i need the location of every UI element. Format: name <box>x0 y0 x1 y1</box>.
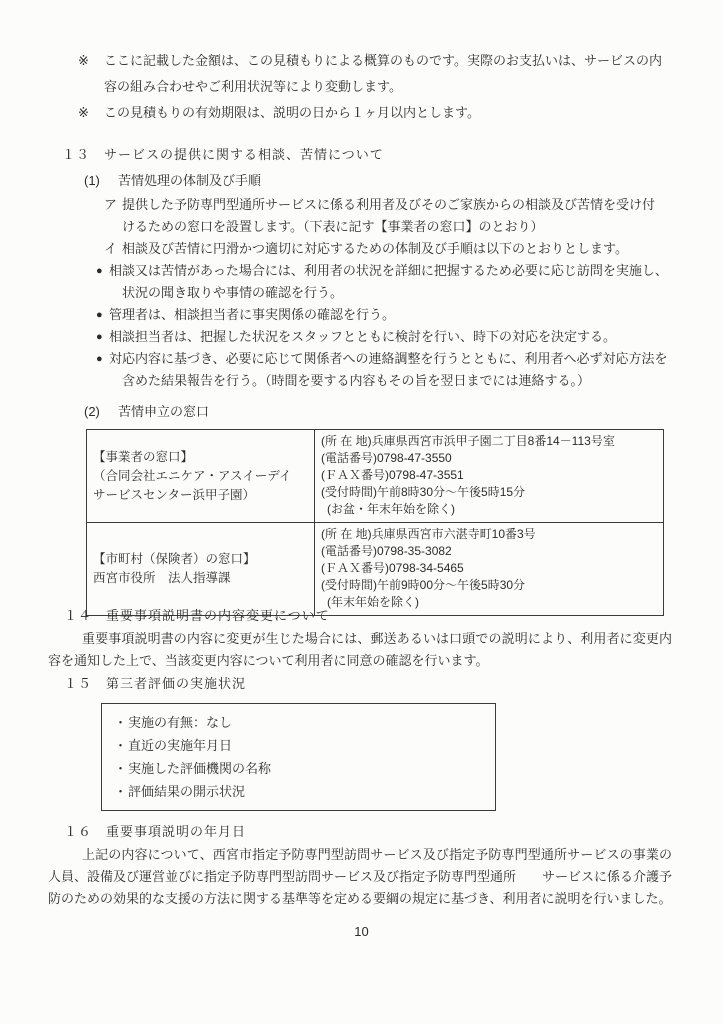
item-i-marker: イ <box>104 238 122 260</box>
section-13-complaints: １３ サービスの提供に関する相談、苦情について (1) 苦情処理の体制及び手順 … <box>0 142 723 616</box>
note-line: ※ ここに記載した金額は、この見積もりによる概算のものです。実際のお支払いは、サ… <box>78 48 723 100</box>
table-row: 【市町村（保険者）の窓口】 西宮市役所 法人指導課 (所 在 地)兵庫県西宮市六… <box>87 523 664 616</box>
note-text: この見積もりの有効期限は、説明の日から１ヶ月以内とします。 <box>104 100 666 126</box>
complaint-contact-table: 【事業者の窓口】 （合同会社エニケア・アスイーデイ サービスセンター浜甲子園） … <box>86 429 664 616</box>
box-item-text: 実施の有無：なし <box>128 711 232 734</box>
subsection-13-2: (2) 苦情申立の窓口 <box>84 399 723 425</box>
subsection-title: 苦情処理の体制及び手順 <box>118 168 261 194</box>
box-item-text: 評価結果の開示状況 <box>128 780 245 803</box>
list-item: ● 相談担当者は、把握した状況をスタッフとともに検討を行い、時下の対応を決定する… <box>96 326 723 348</box>
bullet-text: 管理者は、相談担当者に事実関係の確認を行う。 <box>109 304 680 326</box>
bullet-icon: ・ <box>114 757 128 780</box>
bullet-icon: ● <box>96 304 109 326</box>
address-line: (所 在 地)兵庫県西宮市六湛寺町10番3号 <box>321 526 657 543</box>
subsection-13-1: (1) 苦情処理の体制及び手順 <box>84 168 723 194</box>
bullet-icon: ・ <box>114 711 128 734</box>
section-15-heading: １５ 第三者評価の実施状況 <box>64 672 723 696</box>
municipality-window-cell: 【市町村（保険者）の窓口】 西宮市役所 法人指導課 <box>87 523 315 616</box>
section-14-and-15: １４ 重要事項説明書の内容変更について 重要事項説明書の内容に変更が生じた場合に… <box>0 604 723 811</box>
cell-line: 【事業者の窓口】 <box>93 448 308 467</box>
page-number: 10 <box>0 922 723 942</box>
subsection-label: (2) <box>84 399 118 425</box>
procedure-bullet-list: ● 相談又は苦情があった場合には、利用者の状況を詳細に把握するため必要に応じ訪問… <box>96 260 723 392</box>
bullet-icon: ● <box>96 348 109 392</box>
section-16-heading: １６ 重要事項説明の年月日 <box>64 820 723 844</box>
reference-mark-icon: ※ <box>78 100 104 126</box>
list-item: ・ 実施の有無：なし <box>114 711 495 734</box>
subsection-title: 苦情申立の窓口 <box>118 399 209 425</box>
bullet-icon: ・ <box>114 780 128 803</box>
table-row: 【事業者の窓口】 （合同会社エニケア・アスイーデイ サービスセンター浜甲子園） … <box>87 430 664 523</box>
cell-line: 【市町村（保険者）の窓口】 <box>93 550 308 569</box>
cell-line: 西宮市役所 法人指導課 <box>93 569 308 588</box>
phone-line: (電話番号)0798-47-3550 <box>321 450 657 467</box>
bullet-icon: ● <box>96 260 109 304</box>
reference-mark-icon: ※ <box>78 48 104 100</box>
municipality-contact-cell: (所 在 地)兵庫県西宮市六湛寺町10番3号 (電話番号)0798-35-308… <box>315 523 664 616</box>
box-item-text: 直近の実施年月日 <box>128 734 232 757</box>
section-16: １６ 重要事項説明の年月日 上記の内容について、西宮市指定予防専門型訪問サービス… <box>0 820 723 910</box>
note-line: ※ この見積もりの有効期限は、説明の日から１ヶ月以内とします。 <box>78 100 723 126</box>
bullet-text: 対応内容に基づき、必要に応じて関係者への連絡調整を行うとともに、利用者へ必ず対応… <box>109 348 680 392</box>
section-14-body: 重要事項説明書の内容に変更が生じた場合には、郵送あるいは口頭での説明により、利用… <box>48 628 672 672</box>
address-line: (所 在 地)兵庫県西宮市浜甲子園二丁目8番14－113号室 <box>321 433 657 450</box>
box-item-text: 実施した評価機関の名称 <box>128 757 271 780</box>
provider-contact-cell: (所 在 地)兵庫県西宮市浜甲子園二丁目8番14－113号室 (電話番号)079… <box>315 430 664 523</box>
section-16-body: 上記の内容について、西宮市指定予防専門型訪問サービス及び指定予防専門型通所サービ… <box>48 844 672 910</box>
list-item: ・ 直近の実施年月日 <box>114 734 495 757</box>
hours-line: (受付時間)午前8時30分～午後5時15分 <box>321 484 657 501</box>
list-item: ● 管理者は、相談担当者に事実関係の確認を行う。 <box>96 304 723 326</box>
section-14-heading: １４ 重要事項説明書の内容変更について <box>64 604 723 628</box>
estimate-notes: ※ ここに記載した金額は、この見積もりによる概算のものです。実際のお支払いは、サ… <box>0 48 723 126</box>
list-item: ● 対応内容に基づき、必要に応じて関係者への連絡調整を行うとともに、利用者へ必ず… <box>96 348 723 392</box>
phone-line: (電話番号)0798-35-3082 <box>321 543 657 560</box>
section-13-heading: １３ サービスの提供に関する相談、苦情について <box>62 142 723 168</box>
fax-line: (ＦＡＸ番号)0798-47-3551 <box>321 467 657 484</box>
fax-line: (ＦＡＸ番号)0798-34-5465 <box>321 560 657 577</box>
cell-line: サービスセンター浜甲子園） <box>93 486 308 505</box>
subsection-label: (1) <box>84 168 118 194</box>
third-party-evaluation-box: ・ 実施の有無：なし ・ 直近の実施年月日 ・ 実施した評価機関の名称 ・ 評価… <box>101 703 496 811</box>
hours-line: (受付時間)午前9時00分～午後5時30分 <box>321 577 657 594</box>
bullet-text: 相談又は苦情があった場合には、利用者の状況を詳細に把握するため必要に応じ訪問を実… <box>109 260 680 304</box>
provider-window-cell: 【事業者の窓口】 （合同会社エニケア・アスイーデイ サービスセンター浜甲子園） <box>87 430 315 523</box>
scanned-document-page: ※ ここに記載した金額は、この見積もりによる概算のものです。実際のお支払いは、サ… <box>0 0 723 1024</box>
bullet-text: 相談担当者は、把握した状況をスタッフとともに検討を行い、時下の対応を決定する。 <box>109 326 680 348</box>
bullet-icon: ・ <box>114 734 128 757</box>
item-i: イ 相談及び苦情に円滑かつ適切に対応するための体制及び手順は以下のとおりとします… <box>104 238 723 260</box>
list-item: ・ 評価結果の開示状況 <box>114 780 495 803</box>
item-i-text: 相談及び苦情に円滑かつ適切に対応するための体制及び手順は以下のとおりとします。 <box>122 238 662 260</box>
item-a-marker: ア <box>104 194 122 238</box>
bullet-icon: ● <box>96 326 109 348</box>
list-item: ● 相談又は苦情があった場合には、利用者の状況を詳細に把握するため必要に応じ訪問… <box>96 260 723 304</box>
cell-line: （合同会社エニケア・アスイーデイ <box>93 467 308 486</box>
list-item: ・ 実施した評価機関の名称 <box>114 757 495 780</box>
note-text: ここに記載した金額は、この見積もりによる概算のものです。実際のお支払いは、サービ… <box>104 48 666 100</box>
item-a: ア 提供した予防専門型通所サービスに係る利用者及びそのご家族からの相談及び苦情を… <box>104 194 723 238</box>
holiday-line: (お盆・年末年始を除く) <box>321 501 657 518</box>
item-a-text: 提供した予防専門型通所サービスに係る利用者及びそのご家族からの相談及び苦情を受け… <box>122 194 662 238</box>
